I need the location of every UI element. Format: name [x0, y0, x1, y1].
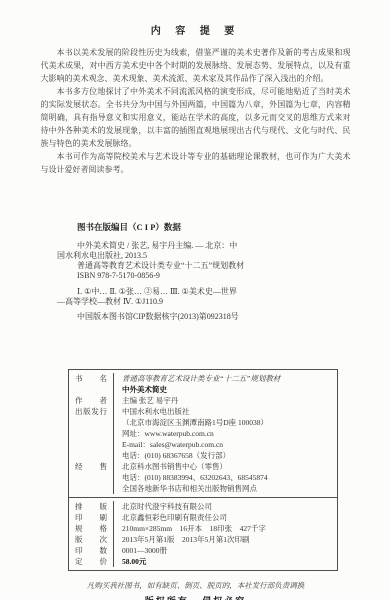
row-label-impression: 印数 — [69, 545, 113, 556]
colophon-group-main: 书名 普通高等教育艺术设计类专业“十二五”规划教材 中外美术简史 作者 主编 张… — [69, 370, 337, 497]
colophon-row-impression: 印数 0001—3000册 — [69, 545, 337, 556]
colophon-row-typesetting: 排版 北京时代澄宇科技有限公司 — [69, 501, 337, 512]
row-label-author: 作者 — [69, 395, 113, 406]
copyright-page: 内 容 提 要 本书以美术发展的阶段性历史为线索，借鉴严谨的美术史著作及新的考古… — [0, 0, 391, 600]
format-spec: 210mm×285mm 16开本 18印张 427千字 — [122, 523, 331, 534]
publisher-phone: 电话：(010) 68367658（发行部） — [122, 450, 331, 461]
colophon-row-format: 规格 210mm×285mm 16开本 18印张 427千字 — [69, 523, 337, 534]
row-label-publisher: 出版发行 — [69, 406, 113, 417]
row-label-printing: 印刷 — [69, 512, 113, 523]
row-label-format: 规格 — [69, 523, 113, 534]
cip-line: 国水利水电出版社, 2013.5 — [57, 251, 312, 261]
impression-count: 0001—3000册 — [122, 545, 331, 556]
series-title: 普通高等教育艺术设计类专业“十二五”规划教材 — [122, 373, 331, 384]
summary-paragraph: 本书多方位地探讨了中外美术不同流派风格的演变形成，尽可能地贴近了当时美术的实际发… — [41, 85, 351, 150]
cip-block: 图书在版编目（C I P）数据 中外美术简史 / 张艺, 易宇丹主编. — 北京… — [57, 222, 312, 322]
publisher-email: E-mail：sales@waterpub.com.cn — [122, 439, 331, 450]
seller-name: 北京科水图书销售中心（零售） — [122, 461, 331, 472]
cip-record-number: 中国版本图书馆CIP数据核字(2013)第092318号 — [57, 312, 312, 322]
printing-company: 北京鑫恒彩色印刷有限责任公司 — [122, 512, 331, 523]
cip-classification-line: Ⅰ. ①中… Ⅱ. ①张… ②易… Ⅲ. ①美术史—世界 — [57, 287, 312, 297]
summary-title: 内 容 提 要 — [0, 22, 391, 37]
colophon-table: 书名 普通高等教育艺术设计类专业“十二五”规划教材 中外美术简史 作者 主编 张… — [68, 369, 338, 571]
row-label-book-title: 书名 — [69, 373, 113, 384]
edition-info: 2013年5月第1版 2013年5月第1次印刷 — [122, 534, 331, 545]
summary-body: 本书以美术发展的阶段性历史为线索，借鉴严谨的美术史著作及新的考古成果和现代美术成… — [41, 46, 351, 176]
colophon-row-price: 定价 58.00元 — [69, 556, 337, 567]
colophon-group-print: 排版 北京时代澄宇科技有限公司 印刷 北京鑫恒彩色印刷有限责任公司 规格 210… — [69, 497, 337, 570]
publisher-website: 网址：www.waterpub.com.cn — [122, 428, 331, 439]
price-value: 58.00元 — [122, 556, 331, 567]
cip-line: 中外美术简史 / 张艺, 易宇丹主编. — 北京：中 — [57, 241, 312, 251]
summary-paragraph: 本书可作为高等院校美术与艺术设计等专业的基础理论课教材，也可作为广大美术与设计爱… — [41, 150, 351, 176]
colophon-row-edition: 版次 2013年5月第1版 2013年5月第1次印刷 — [69, 534, 337, 545]
cip-line: ISBN 978-7-5170-0856-9 — [57, 271, 312, 281]
typesetting-company: 北京时代澄宇科技有限公司 — [122, 501, 331, 512]
author-names: 主编 张艺 易宇丹 — [122, 395, 331, 406]
colophon-row-author: 作者 主编 张艺 易宇丹 — [69, 395, 337, 406]
copyright-statement: 版权所有 · 侵权必究 — [0, 594, 391, 600]
colophon-row-publisher: 出版发行 中国水利水电出版社 （北京市海淀区玉渊潭南路1号D座 100038） … — [69, 406, 337, 461]
seller-phone: 电话：(010) 88383994、63202643、68545874 — [122, 472, 331, 483]
book-title: 中外美术简史 — [122, 384, 331, 395]
cip-heading: 图书在版编目（C I P）数据 — [77, 222, 312, 232]
exchange-notice: 凡购买我社图书，如有缺页、倒页、脱页的，本社发行部负责调换 — [0, 580, 391, 591]
publisher-name: 中国水利水电出版社 — [122, 406, 331, 417]
row-label-seller: 经售 — [69, 461, 113, 472]
summary-paragraph: 本书以美术发展的阶段性历史为线索，借鉴严谨的美术史著作及新的考古成果和现代美术成… — [41, 46, 351, 85]
row-label-edition: 版次 — [69, 534, 113, 545]
colophon-row-printing: 印刷 北京鑫恒彩色印刷有限责任公司 — [69, 512, 337, 523]
row-label-typesetting: 排版 — [69, 501, 113, 512]
colophon-row-book-title: 书名 普通高等教育艺术设计类专业“十二五”规划教材 中外美术简史 — [69, 373, 337, 395]
seller-network: 全国各地新华书店和相关出版物销售网点 — [122, 483, 331, 494]
cip-line: 普通高等教育艺术设计类专业“十二五”规划教材 — [57, 261, 312, 271]
row-label-price: 定价 — [69, 556, 113, 567]
colophon-row-seller: 经售 北京科水图书销售中心（零售） 电话：(010) 88383994、6320… — [69, 461, 337, 494]
publisher-address: （北京市海淀区玉渊潭南路1号D座 100038） — [122, 417, 331, 428]
cip-classification-line: —高等学校—教材 Ⅳ. ①J110.9 — [57, 297, 312, 307]
